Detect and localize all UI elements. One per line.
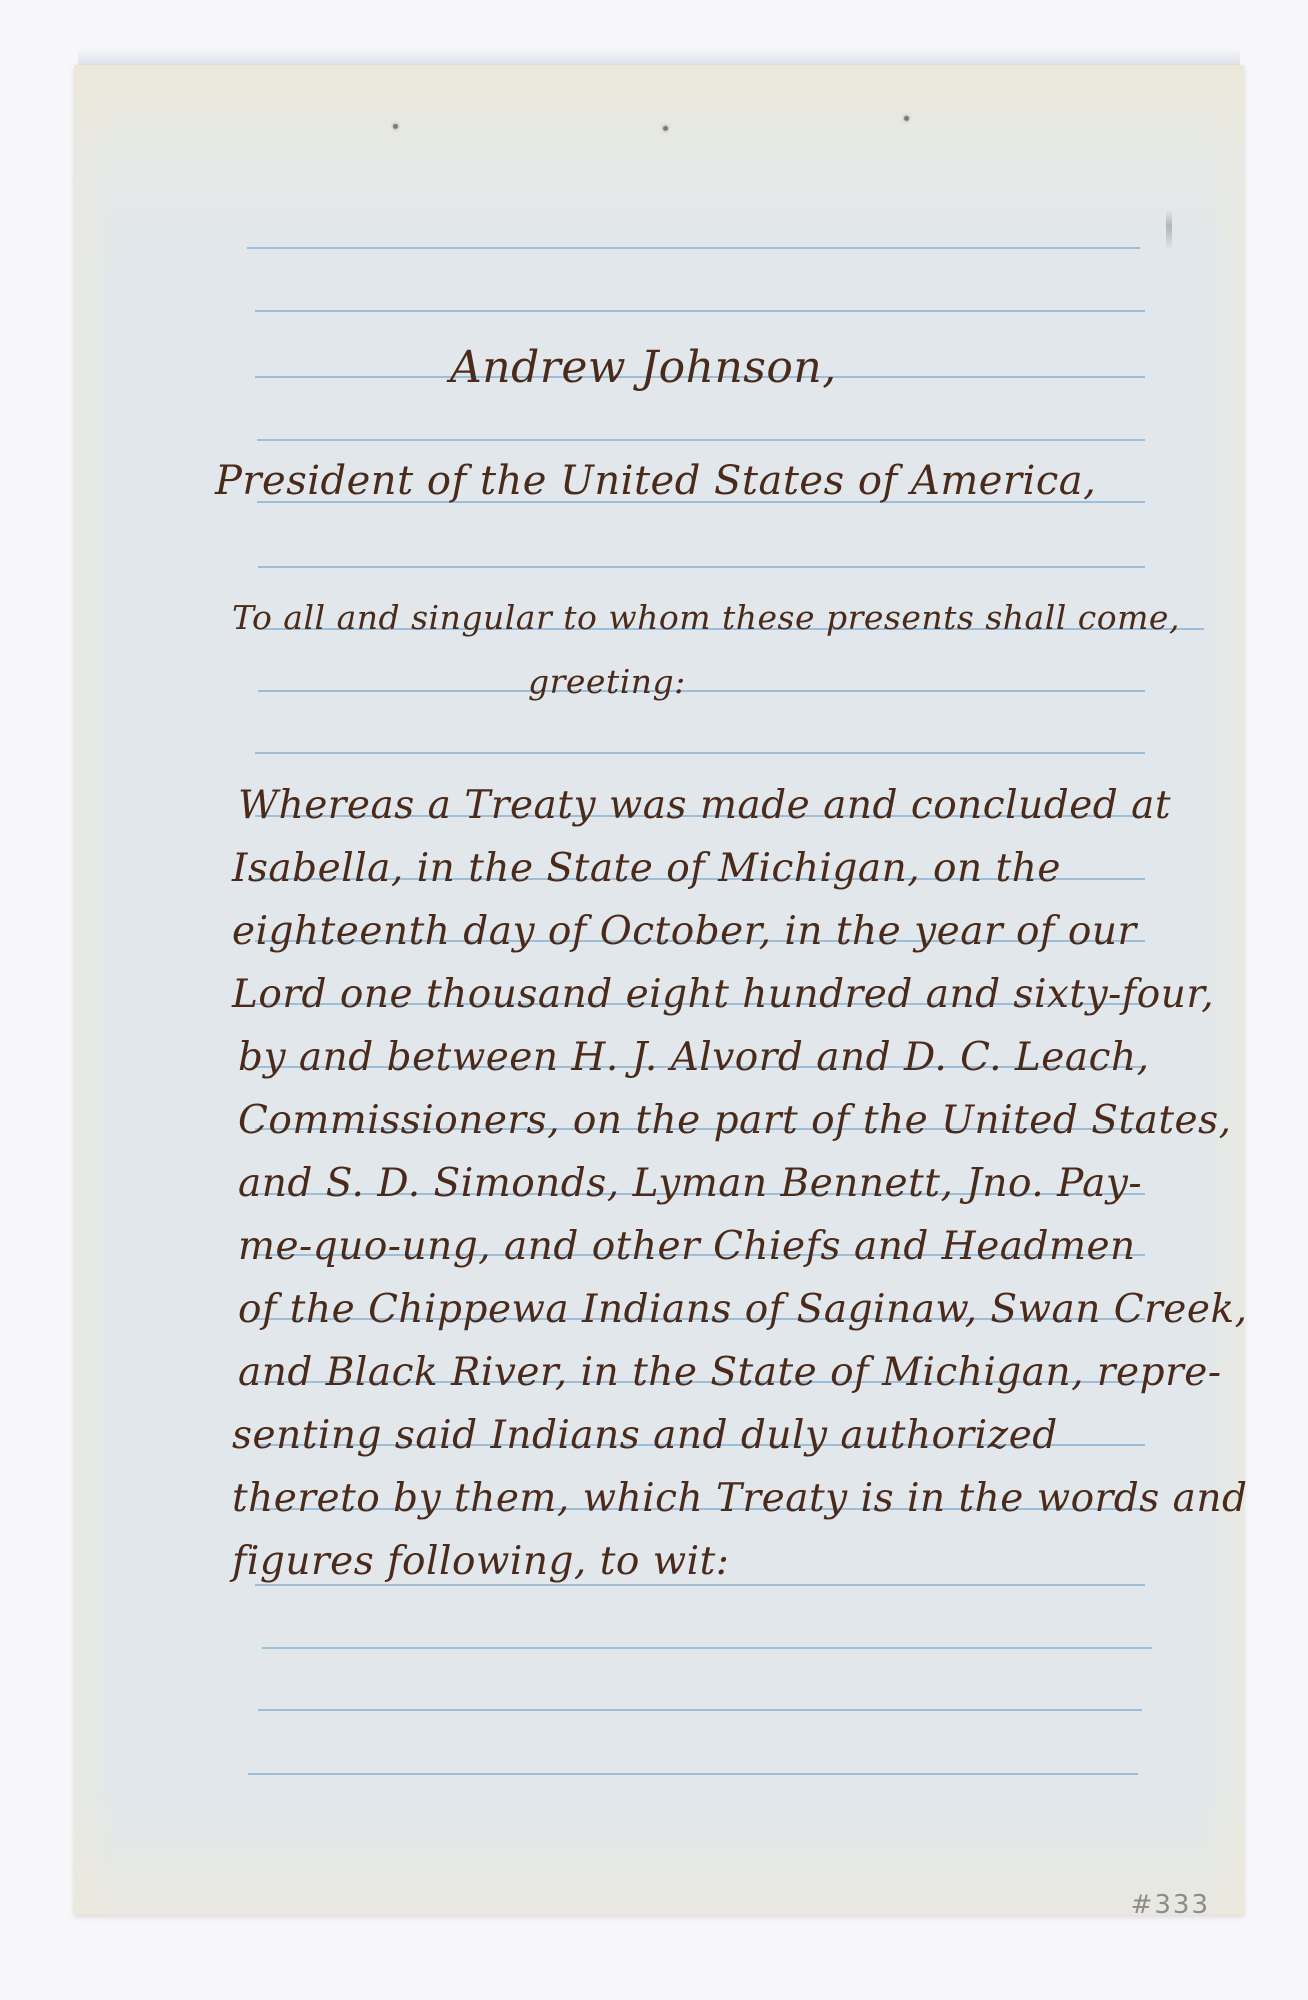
ruled-line — [248, 1773, 1138, 1775]
ruled-line — [262, 1647, 1152, 1649]
body-line: Lord one thousand eight hundred and sixt… — [232, 972, 1214, 1017]
body-line: Whereas a Treaty was made and concluded … — [238, 783, 1171, 828]
ruled-line — [258, 690, 1145, 692]
pencil-smudge — [1166, 210, 1172, 250]
salutation: To all and singular to whom these presen… — [232, 598, 1180, 637]
body-line: me-quo-ung, and other Chiefs and Headmen — [238, 1224, 1136, 1269]
ruled-line — [258, 566, 1145, 568]
pin-hole — [661, 120, 670, 134]
ruled-line — [247, 247, 1140, 249]
ruled-line — [257, 439, 1145, 441]
greeting: greeting: — [528, 662, 686, 701]
pin-hole — [902, 110, 911, 124]
document-title: Andrew Johnson, — [450, 342, 837, 393]
document-subtitle: President of the United States of Americ… — [215, 458, 1096, 504]
catalog-number: #333 — [1131, 1890, 1210, 1920]
body-line: by and between H. J. Alvord and D. C. Le… — [238, 1035, 1150, 1080]
body-line: eighteenth day of October, in the year o… — [232, 909, 1137, 954]
body-line: and S. D. Simonds, Lyman Bennett, Jno. P… — [238, 1161, 1142, 1206]
ruled-line — [255, 310, 1145, 312]
body-line: of the Chippewa Indians of Saginaw, Swan… — [238, 1287, 1247, 1332]
body-line: Isabella, in the State of Michigan, on t… — [232, 846, 1061, 891]
body-line: figures following, to wit: — [232, 1539, 729, 1584]
body-line: and Black River, in the State of Michiga… — [238, 1350, 1222, 1395]
body-line: senting said Indians and duly authorized — [232, 1413, 1058, 1458]
body-line: thereto by them, which Treaty is in the … — [232, 1476, 1247, 1521]
pin-hole — [391, 118, 400, 132]
ruled-line — [258, 1709, 1142, 1711]
body-line: Commissioners, on the part of the United… — [238, 1098, 1232, 1143]
ruled-line — [255, 752, 1145, 754]
ruled-line — [255, 1584, 1145, 1586]
